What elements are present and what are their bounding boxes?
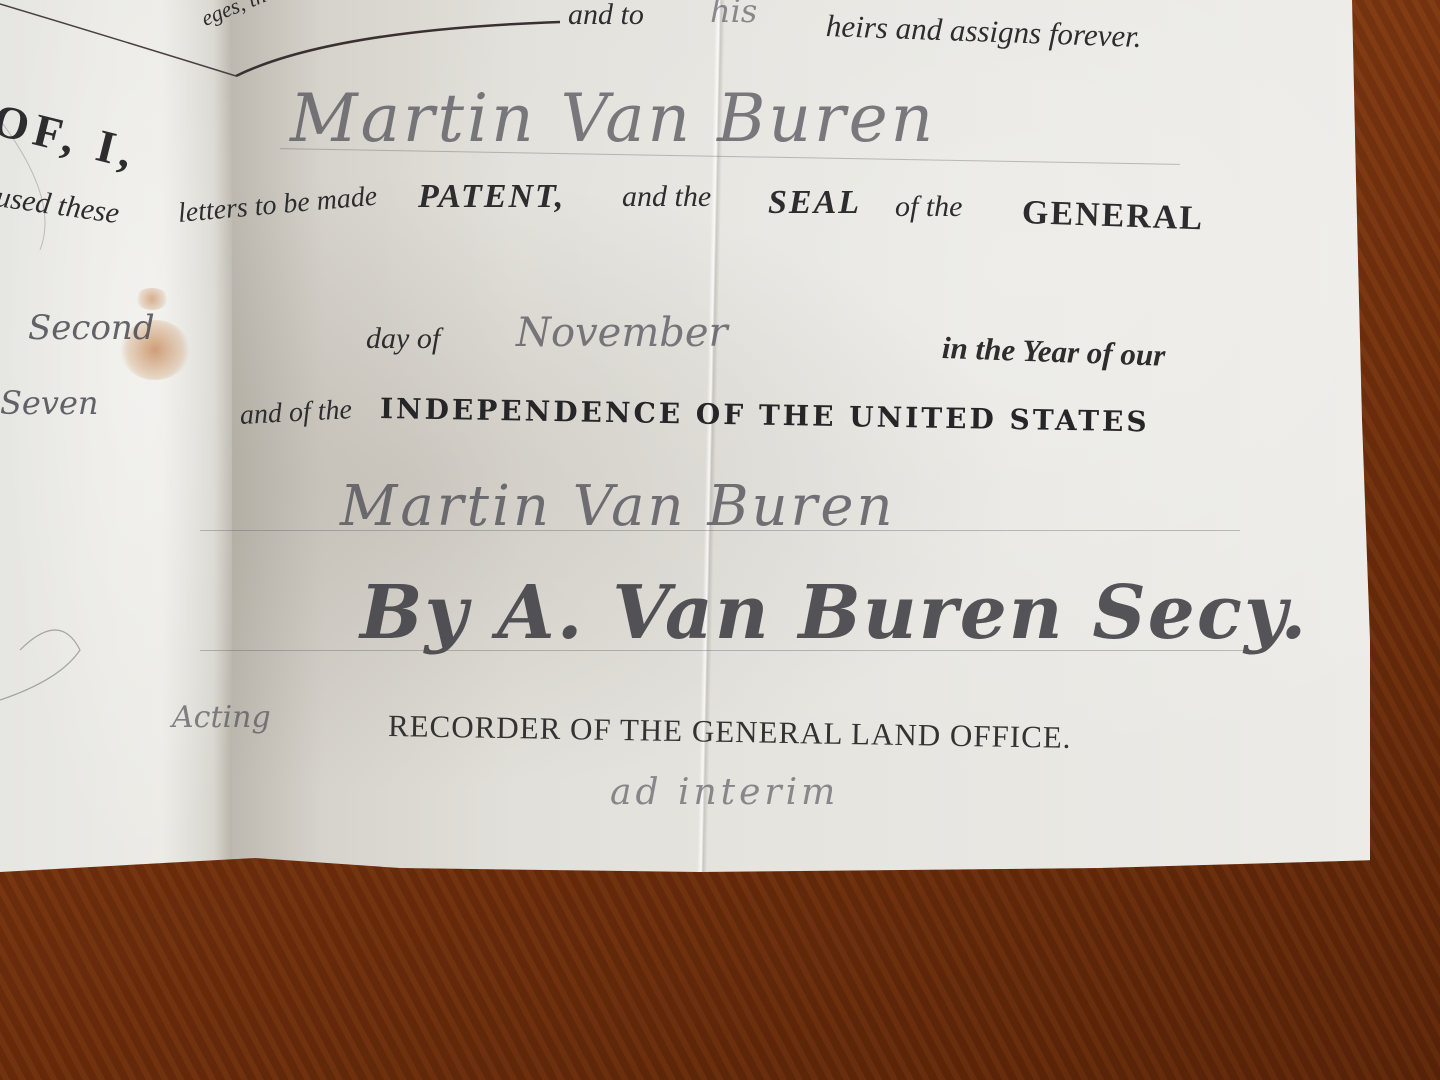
handwritten-ad-interim: ad interim	[610, 772, 839, 813]
printed-and-the: and the	[622, 180, 711, 214]
handwritten-acting: Acting	[172, 700, 271, 735]
signature-secretary: By A. Van Buren Secy.	[360, 570, 1308, 656]
handwritten-his: his	[710, 0, 757, 30]
printed-of-the: of the	[895, 190, 963, 224]
handwritten-month: November	[516, 310, 728, 356]
stain	[135, 288, 169, 310]
printed-and-of-the: and of the	[239, 394, 353, 432]
handwritten-year: Seven	[0, 384, 98, 422]
signature-president-top: Martin Van Buren	[290, 80, 936, 157]
document-page: eges, th OF, I, used these Second Seven …	[0, 0, 1370, 880]
signature-line	[200, 530, 1240, 531]
printed-day-of: day of	[366, 322, 440, 356]
printed-and-to: and to	[568, 0, 644, 32]
signature-line	[200, 650, 1260, 651]
printed-general: GENERAL	[1021, 194, 1204, 238]
printed-patent: PATENT,	[418, 178, 565, 216]
printed-seal: SEAL	[768, 184, 861, 222]
handwritten-day: Second	[28, 308, 155, 348]
